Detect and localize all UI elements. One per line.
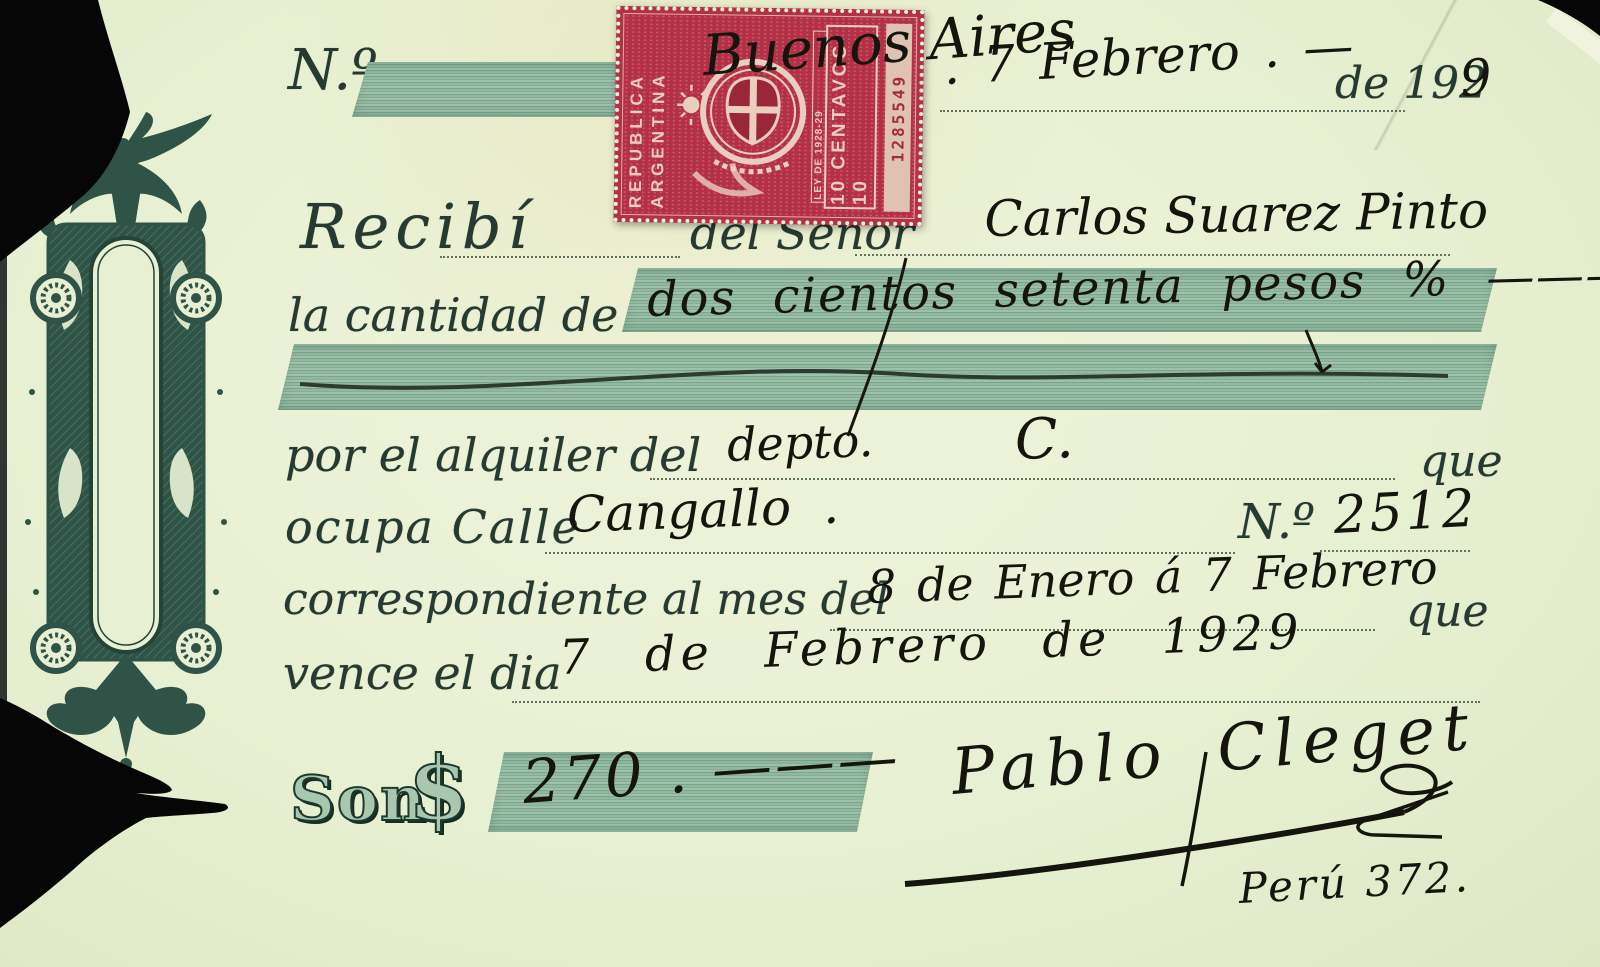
decorative-border [6, 92, 236, 792]
unit-letter-handwriting: C. [1014, 406, 1075, 473]
son-label: Son [290, 762, 427, 835]
unit-handwriting: depto. [726, 413, 874, 472]
mes-label: correspondiente al mes del [283, 574, 889, 625]
recibi-rule [440, 256, 680, 258]
stamp-country-line2: ARGENTINA [648, 20, 671, 208]
vence-label: vence el dia [283, 646, 562, 700]
stamp-country-text: REPUBLICA ARGENTINA [626, 20, 671, 209]
receipt-photo: N.º de 192 Recibí del Señor la cantidad … [0, 0, 1600, 967]
recibi-label: Recibí [300, 190, 533, 263]
numero-label: N.º [1238, 494, 1315, 550]
stamp-country-line1: REPUBLICA [626, 20, 649, 208]
amount-fill-band-2 [278, 344, 1497, 410]
street-handwriting: Cangallo . [566, 477, 840, 544]
payer-handwriting: Carlos Suarez Pinto [984, 181, 1489, 248]
cantidad-label: la cantidad de [288, 288, 618, 342]
date-rule [940, 110, 1405, 112]
calle-label: ocupa Calle [285, 500, 581, 554]
stamp-serial-number: 1285549 [888, 73, 908, 162]
year-handwriting: 9 [1458, 48, 1494, 108]
currency-symbol: $ [408, 736, 471, 840]
alquiler-label: por el alquiler del [285, 428, 701, 482]
street-number-handwriting: 2512 [1332, 479, 1479, 546]
